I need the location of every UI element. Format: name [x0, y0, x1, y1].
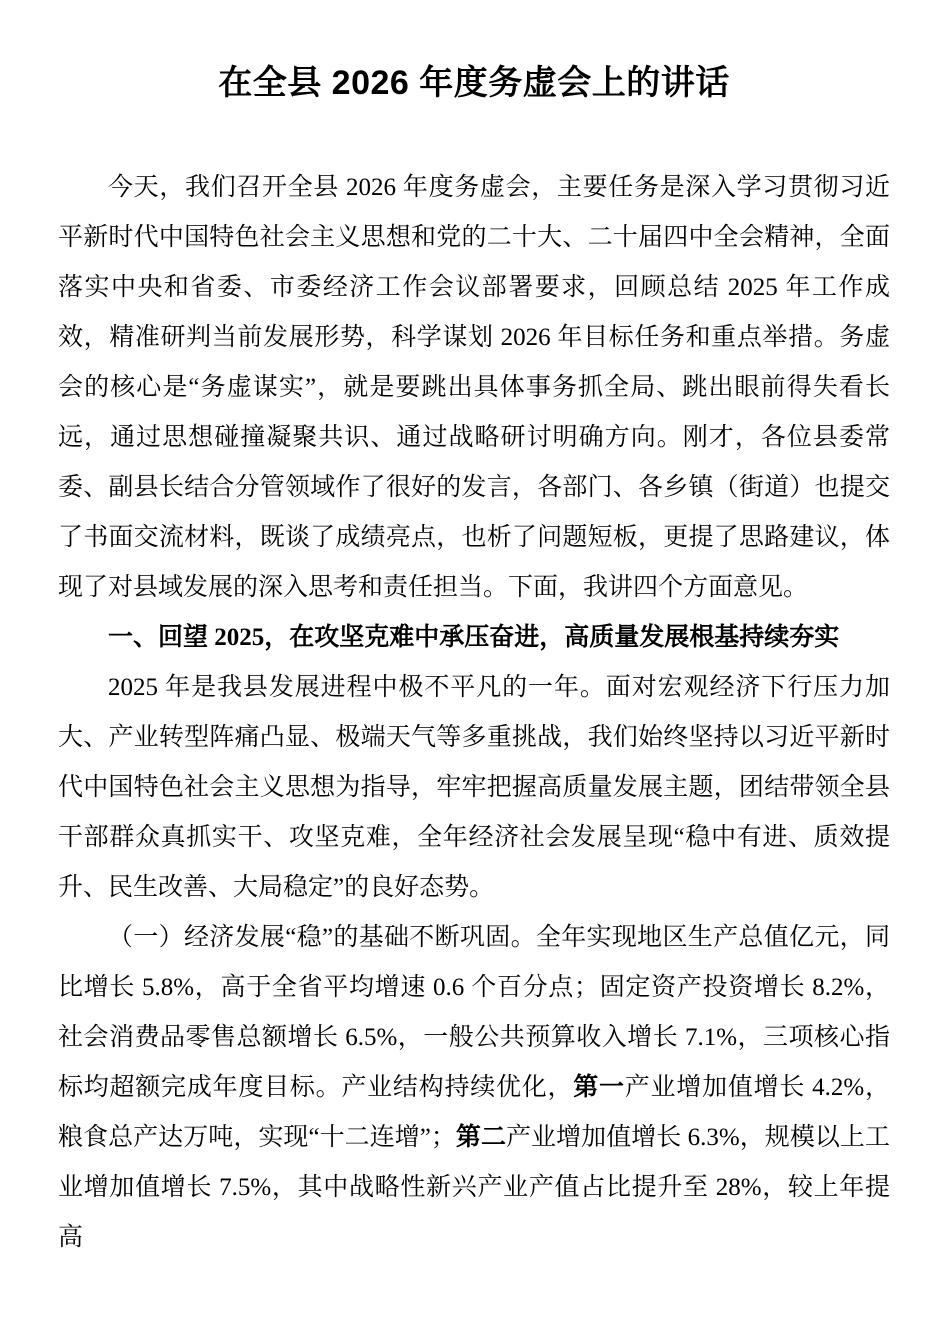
- section-heading: 一、回望 2025，在攻坚克难中承压奋进，高质量发展根基持续夯实: [58, 613, 890, 663]
- text-run: 2025 年是我县发展进程中极不平凡的一年。面对宏观经济下行压力加大、产业转型阵…: [58, 674, 890, 901]
- paragraph: 今天，我们召开全县 2026 年度务虚会，主要任务是深入学习贯彻习近平新时代中国…: [58, 163, 890, 613]
- text-run: 今天，我们召开全县 2026 年度务虚会，主要任务是深入学习贯彻习近平新时代中国…: [58, 174, 890, 601]
- document-title: 在全县 2026 年度务虚会上的讲话: [58, 62, 890, 105]
- paragraph: 2025 年是我县发展进程中极不平凡的一年。面对宏观经济下行压力加大、产业转型阵…: [58, 663, 890, 913]
- emphasis-text-run: 第二: [456, 1124, 506, 1151]
- document-page: 在全县 2026 年度务虚会上的讲话 今天，我们召开全县 2026 年度务虚会，…: [0, 0, 950, 1344]
- emphasis-text-run: 一、回望 2025，在攻坚克难中承压奋进，高质量发展根基持续夯实: [108, 624, 839, 651]
- paragraph: （一）经济发展“稳”的基础不断巩固。全年实现地区生产总值亿元，同比增长 5.8%…: [58, 913, 890, 1263]
- document-body: 今天，我们召开全县 2026 年度务虚会，主要任务是深入学习贯彻习近平新时代中国…: [58, 163, 890, 1263]
- emphasis-text-run: 第一: [573, 1074, 625, 1101]
